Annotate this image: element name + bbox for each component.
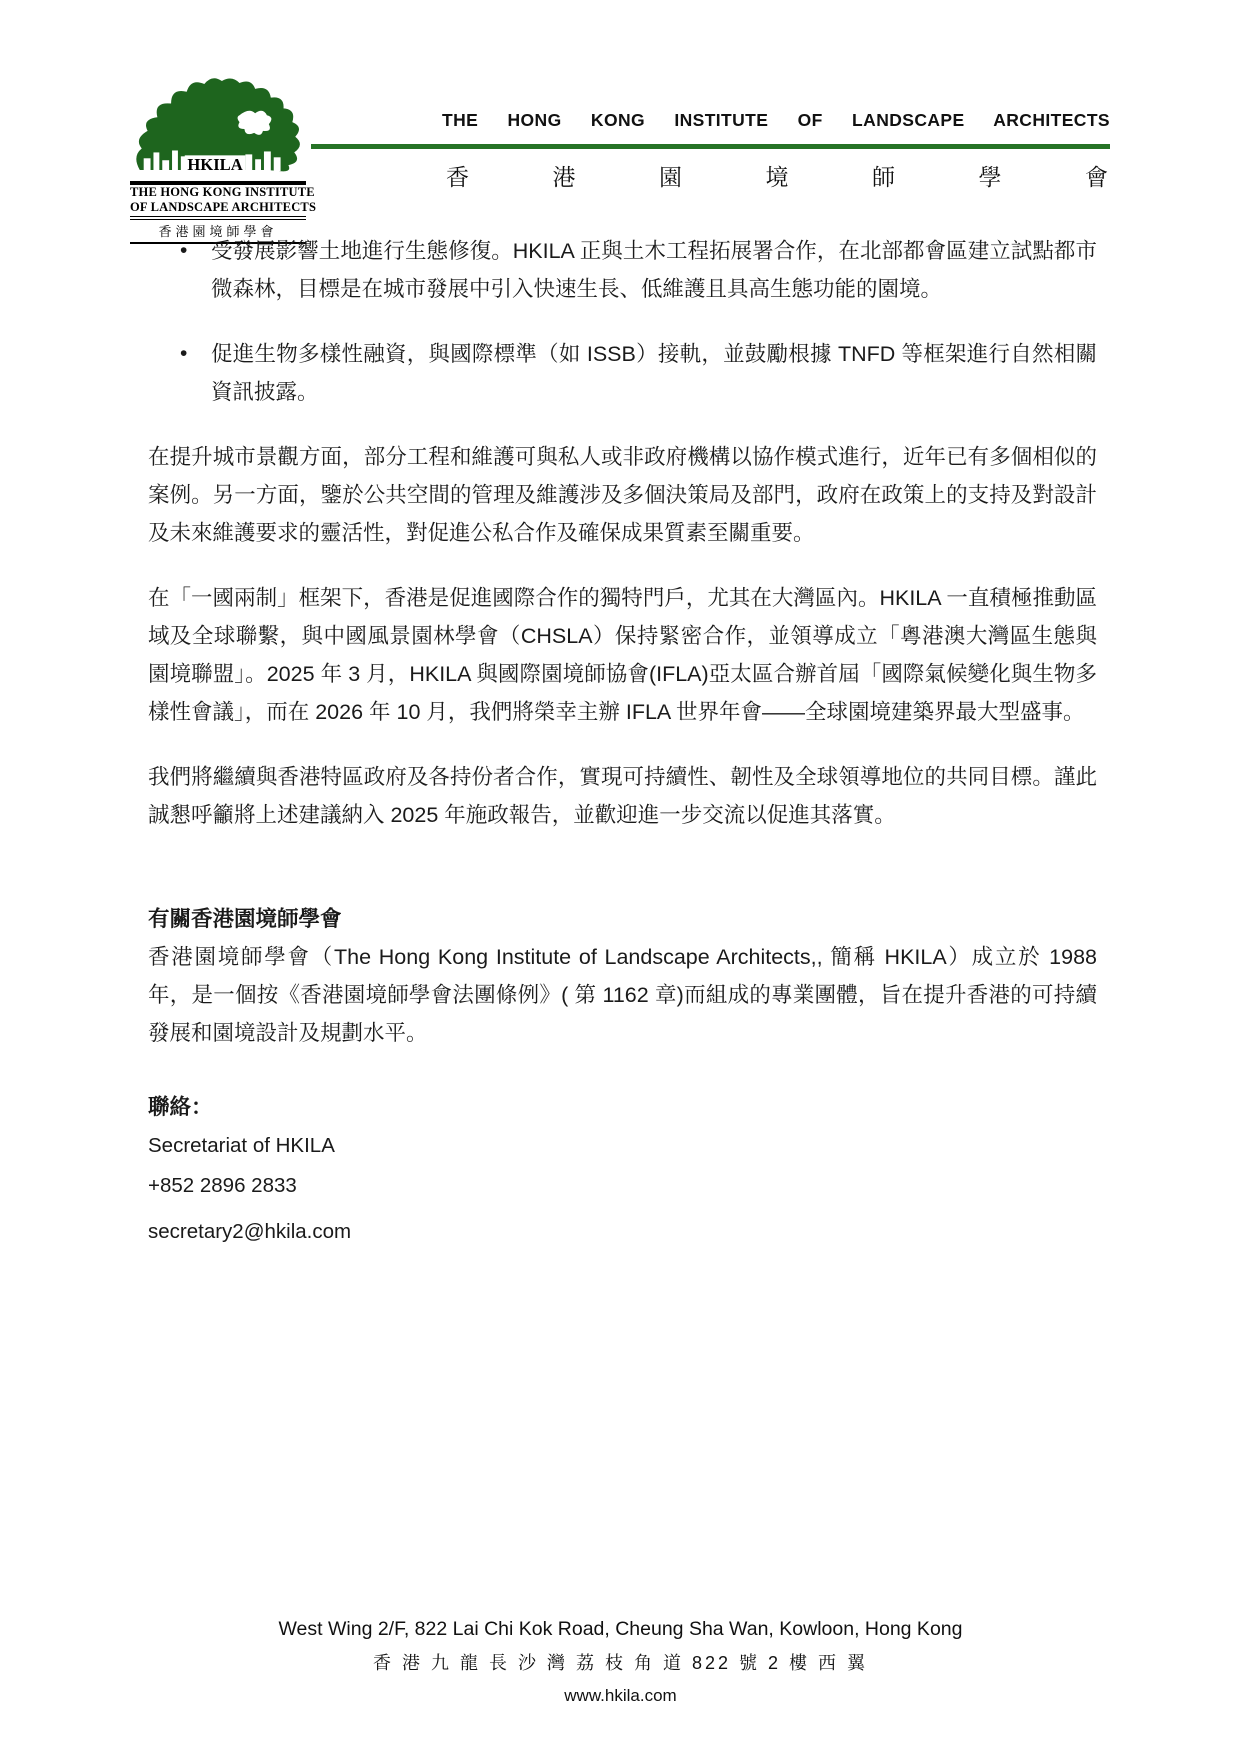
logo-name-line2: OF LANDSCAPE ARCHITECTS (130, 200, 306, 215)
green-divider-rule (311, 144, 1110, 149)
recommendation-bullet-list: • 受發展影響土地進行生態修復。HKILA 正與土木工程拓展署合作，在北部都會區… (148, 232, 1097, 411)
contact-section-heading: 聯絡： (148, 1088, 1097, 1126)
bullet-text: 受發展影響土地進行生態修復。HKILA 正與土木工程拓展署合作，在北部都會區建立… (211, 239, 1097, 301)
paragraph-international-cooperation: 在「一國兩制」框架下，香港是促進國際合作的獨特門戶，尤其在大灣區內。HKILA … (148, 579, 1097, 731)
footer-address-block: West Wing 2/F, 822 Lai Chi Kok Road, Che… (0, 1612, 1241, 1712)
logo-rule-double (130, 216, 306, 220)
footer-address-english: West Wing 2/F, 822 Lai Chi Kok Road, Che… (0, 1612, 1241, 1646)
document-page: HKILA THE HONG KONG INSTITUTE OF LANDSCA… (0, 0, 1241, 1755)
logo-acronym: HKILA (187, 155, 242, 174)
bullet-item-ecology-restoration: • 受發展影響土地進行生態修復。HKILA 正與土木工程拓展署合作，在北部都會區… (148, 232, 1097, 308)
contact-phone: +852 2896 2833 (148, 1166, 1097, 1206)
institute-title-chinese: 香港園境師學會 (446, 159, 1108, 192)
footer-website: www.hkila.com (0, 1680, 1241, 1712)
contact-secretariat: Secretariat of HKILA (148, 1126, 1097, 1166)
letter-body: • 受發展影響土地進行生態修復。HKILA 正與土木工程拓展署合作，在北部都會區… (148, 232, 1097, 1252)
hkila-logo: HKILA THE HONG KONG INSTITUTE OF LANDSCA… (130, 74, 306, 244)
footer-address-chinese: 香 港 九 龍 長 沙 灣 荔 枝 角 道 822 號 2 樓 西 翼 (0, 1646, 1241, 1680)
bullet-marker: • (180, 232, 187, 270)
paragraph-urban-landscape: 在提升城市景觀方面，部分工程和維護可與私人或非政府機構以協作模式進行，近年已有多… (148, 438, 1097, 552)
header-titles: THE HONG KONG INSTITUTE OF LANDSCAPE ARC… (311, 110, 1110, 192)
contact-email: secretary2@hkila.com (148, 1212, 1097, 1252)
bullet-text: 促進生物多樣性融資，與國際標準（如 ISSB）接軌，並鼓勵根據 TNFD 等框架… (211, 342, 1097, 404)
bullet-marker: • (180, 335, 187, 373)
logo-name-line1: THE HONG KONG INSTITUTE (130, 185, 306, 200)
about-section-heading: 有關香港園境師學會 (148, 900, 1097, 938)
paragraph-closing-appeal: 我們將繼續與香港特區政府及各持份者合作，實現可持續性、韌性及全球領導地位的共同目… (148, 758, 1097, 834)
institute-title-english: THE HONG KONG INSTITUTE OF LANDSCAPE ARC… (442, 110, 1110, 131)
tree-skyline-icon: HKILA (130, 74, 306, 180)
bullet-item-biodiversity-finance: • 促進生物多樣性融資，與國際標準（如 ISSB）接軌，並鼓勵根據 TNFD 等… (148, 335, 1097, 411)
about-section-body: 香港園境師學會（The Hong Kong Institute of Lands… (148, 938, 1097, 1052)
letterhead: HKILA THE HONG KONG INSTITUTE OF LANDSCA… (130, 74, 1110, 244)
